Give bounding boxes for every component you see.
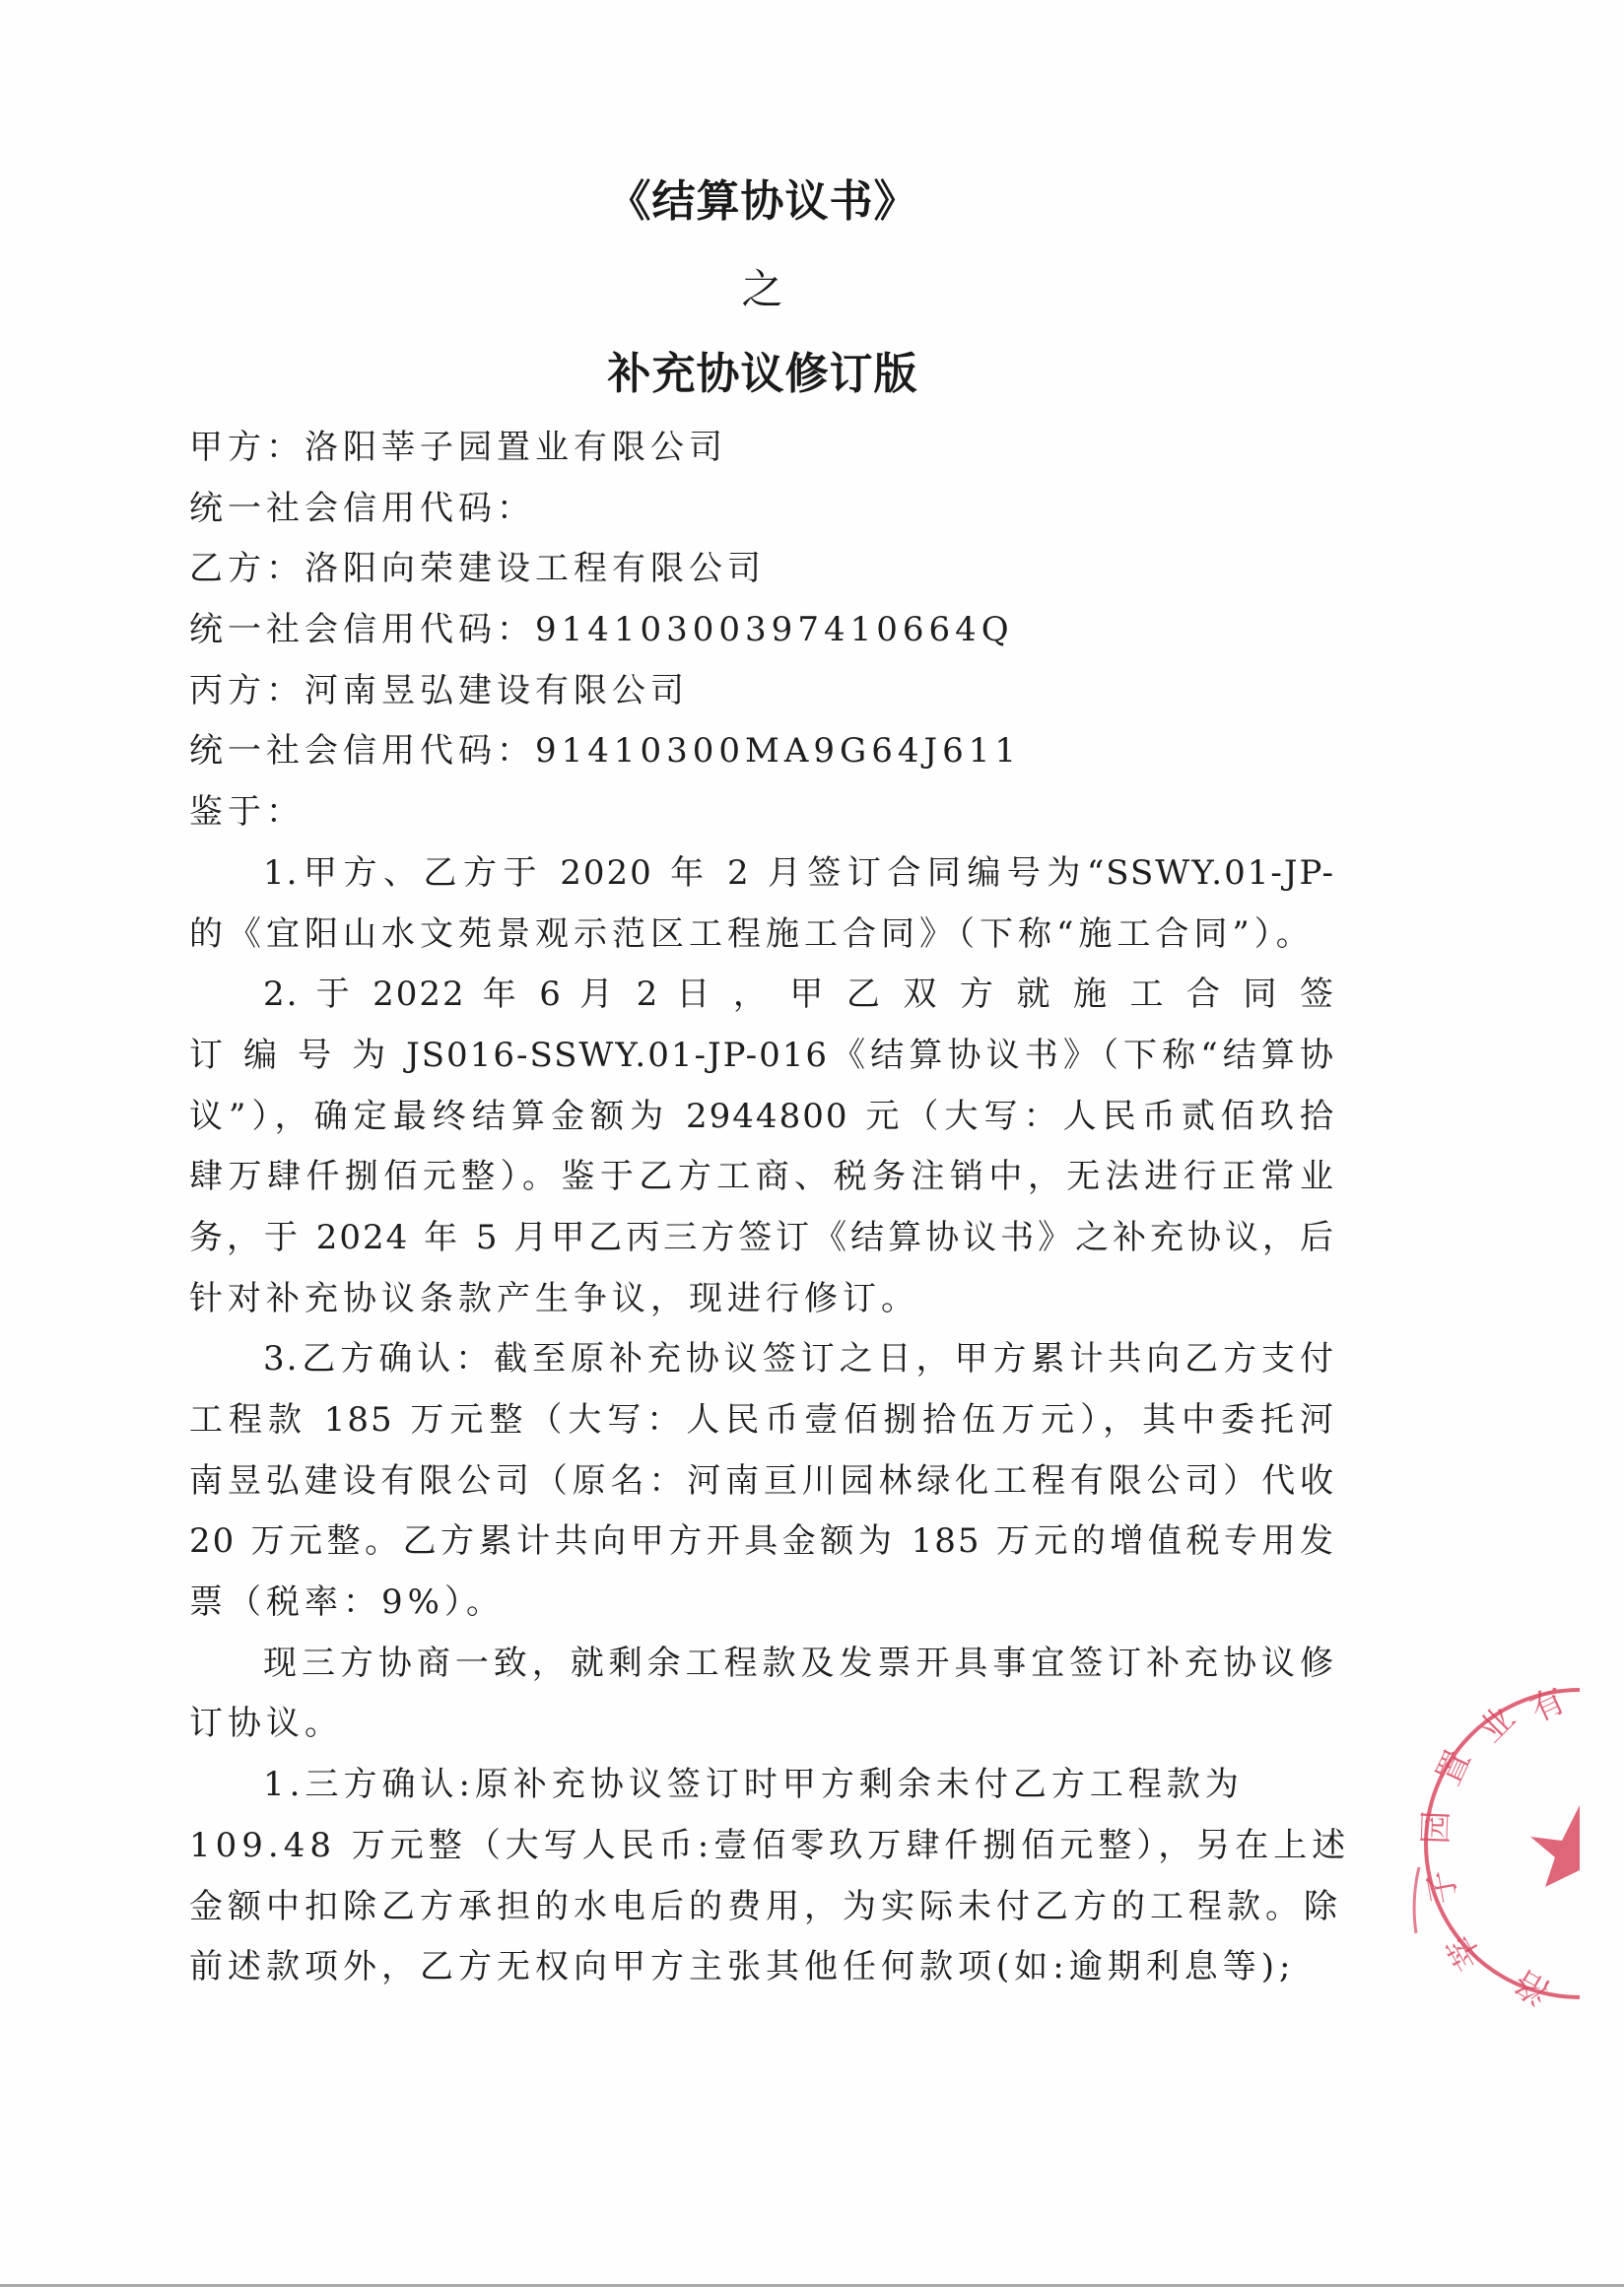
svg-text:洛: 洛 [1508, 1961, 1556, 2010]
document-line: 南昱弘建设有限公司（原名：河南亘川园林绿化工程有限公司）代收 [189, 1451, 1335, 1513]
document-line: 20 万元整。乙方累计共向甲方开具金额为 185 万元的增值税专用发 [189, 1512, 1335, 1573]
document-line: 1.甲方、乙方于 2020 年 2 月签订合同编号为“SSWY.01-JP-01… [189, 843, 1335, 905]
page-right-edge [1580, 0, 1624, 2284]
svg-text:园: 园 [1416, 1810, 1456, 1845]
document-line: 订协议。 [189, 1694, 1335, 1755]
svg-text:业: 业 [1471, 1699, 1522, 1750]
document-line: 订 编 号 为 JS016-SSWY.01-JP-016《结算协议书》（下称“结… [189, 1026, 1335, 1087]
document-line: 的《宜阳山水文苑景观示范区工程施工合同》（下称“施工合同”）。 [189, 905, 1335, 966]
company-seal: 莘 子 园 置 业 有 洛 [1409, 1680, 1582, 2010]
svg-text:莘: 莘 [1440, 1927, 1491, 1976]
document-line: 金额中扣除乙方承担的水电后的费用，为实际未付乙方的工程款。除 [189, 1877, 1335, 1938]
document-line: 前述款项外，乙方无权向甲方主张其他任何款项(如:逾期利息等); [189, 1937, 1335, 1998]
document-line: 丙方：河南昱弘建设有限公司 [189, 661, 1335, 722]
star-icon [1530, 1805, 1580, 1887]
document-line: 统一社会信用代码：91410300MA9G64J611 [189, 721, 1335, 782]
document-line: 议”），确定最终结算金额为 2944800 元（大写：人民币贰佰玖拾 [189, 1087, 1335, 1148]
document-line: 2. 于 2022 年 6 月 2 日 ， 甲 乙 双 方 就 施 工 合 同 … [189, 965, 1335, 1026]
document-line: 鉴于： [189, 782, 1335, 843]
document-line: 票（税率：9%）。 [189, 1573, 1335, 1634]
document-subtitle: 补充协议修订版 [0, 350, 1525, 399]
document-line: 3.乙方确认：截至原补充协议签订之日，甲方累计共向乙方支付 [189, 1329, 1335, 1390]
document-line: 工程款 185 万元整（大写：人民币壹佰捌拾伍万元），其中委托河 [189, 1390, 1335, 1451]
document-line: 现三方协商一致，就剩余工程款及发票开具事宜签订补充协议修 [189, 1634, 1335, 1695]
document-line: 针对补充协议条款产生争议，现进行修订。 [189, 1269, 1335, 1330]
document-page: 《结算协议书》 之 补充协议修订版 甲方：洛阳莘子园置业有限公司统一社会信用代码… [0, 0, 1624, 2284]
document-title-connector: 之 [0, 265, 1525, 314]
svg-text:有: 有 [1524, 1681, 1572, 1731]
document-title: 《结算协议书》 [0, 177, 1525, 227]
document-line: 肆万肆仟捌佰元整）。鉴于乙方工商、税务注销中，无法进行正常业 [189, 1147, 1335, 1208]
document-body: 甲方：洛阳莘子园置业有限公司统一社会信用代码：乙方：洛阳向荣建设工程有限公司统一… [189, 418, 1335, 1998]
document-line: 1.三方确认:原补充协议签订时甲方剩余未付乙方工程款为 [189, 1755, 1335, 1816]
document-line: 109.48 万元整（大写人民币:壹佰零玖万肆仟捌佰元整），另在上述 [189, 1816, 1335, 1877]
document-line: 统一社会信用代码： [189, 479, 1335, 540]
document-line: 甲方：洛阳莘子园置业有限公司 [189, 418, 1335, 479]
document-line: 乙方：洛阳向荣建设工程有限公司 [189, 539, 1335, 600]
document-line: 务，于 2024 年 5 月甲乙丙三方签订《结算协议书》之补充协议，后 [189, 1208, 1335, 1269]
svg-text:子: 子 [1421, 1867, 1465, 1907]
document-line: 统一社会信用代码：91410300397410664Q [189, 600, 1335, 661]
seal-stamp-icon: 莘 子 园 置 业 有 洛 [1409, 1680, 1582, 2010]
